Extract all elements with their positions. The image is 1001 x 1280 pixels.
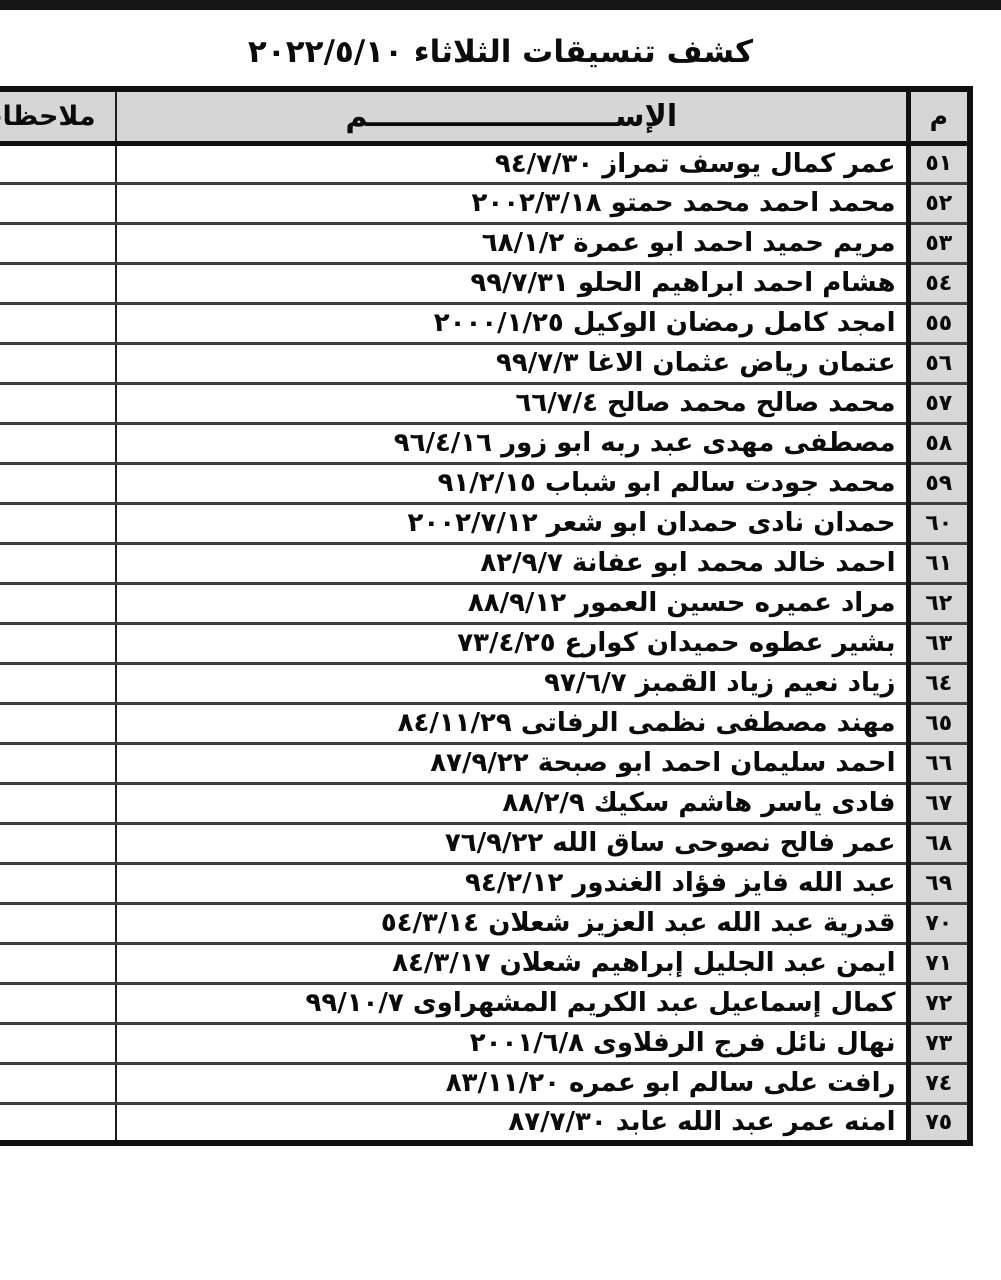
notes-cell [0,1103,116,1143]
table-row: ٦١احمد خالد محمد ابو عفانة ٨٢/٩/٧ [0,543,970,583]
table-row: ٧٢كمال إسماعيل عبد الكريم المشهراوى ٩٩/١… [0,983,970,1023]
table-row: ٥١عمر كمال يوسف تمراز ٩٤/٧/٣٠ [0,143,970,183]
row-number-cell: ٦٦ [908,743,970,783]
name-cell: مصطفى مهدى عبد ربه ابو زور ٩٦/٤/١٦ [116,423,908,463]
table-row: ٦٦احمد سليمان احمد ابو صبحة ٨٧/٩/٢٢ [0,743,970,783]
notes-cell [0,703,116,743]
row-number-cell: ٦٠ [908,503,970,543]
notes-cell [0,223,116,263]
row-number-cell: ٥٣ [908,223,970,263]
name-cell: حمدان نادى حمدان ابو شعر ٢٠٠٢/٧/١٢ [116,503,908,543]
notes-cell [0,783,116,823]
table-row: ٥٨مصطفى مهدى عبد ربه ابو زور ٩٦/٤/١٦ [0,423,970,463]
table-row: ٦٣بشير عطوه حميدان كوارع ٧٣/٤/٢٥ [0,623,970,663]
row-number-cell: ٥٢ [908,183,970,223]
table-row: ٦٩عبد الله فايز فؤاد الغندور ٩٤/٢/١٢ [0,863,970,903]
notes-cell [0,623,116,663]
notes-cell [0,903,116,943]
name-cell: احمد خالد محمد ابو عفانة ٨٢/٩/٧ [116,543,908,583]
name-cell: هشام احمد ابراهيم الحلو ٩٩/٧/٣١ [116,263,908,303]
notes-cell [0,263,116,303]
row-number-cell: ٦٣ [908,623,970,663]
notes-cell [0,183,116,223]
row-number-cell: ٧٣ [908,1023,970,1063]
notes-cell [0,383,116,423]
row-number-cell: ٦٥ [908,703,970,743]
name-cell: ايمن عبد الجليل إبراهيم شعلان ٨٤/٣/١٧ [116,943,908,983]
name-cell: كمال إسماعيل عبد الكريم المشهراوى ٩٩/١٠/… [116,983,908,1023]
notes-cell [0,1063,116,1103]
table-row: ٦٠حمدان نادى حمدان ابو شعر ٢٠٠٢/٧/١٢ [0,503,970,543]
table-row: ٥٦عتمان رياض عثمان الاغا ٩٩/٧/٣ [0,343,970,383]
table-row: ٦٢مراد عميره حسين العمور ٨٨/٩/١٢ [0,583,970,623]
table-row: ٥٤هشام احمد ابراهيم الحلو ٩٩/٧/٣١ [0,263,970,303]
notes-cell [0,583,116,623]
table-row: ٦٤زياد نعيم زياد القمبز ٩٧/٦/٧ [0,663,970,703]
name-cell: احمد سليمان احمد ابو صبحة ٨٧/٩/٢٢ [116,743,908,783]
table-row: ٥٧محمد صالح محمد صالح ٦٦/٧/٤ [0,383,970,423]
row-number-cell: ٥١ [908,143,970,183]
name-cell: امنه عمر عبد الله عابد ٨٧/٧/٣٠ [116,1103,908,1143]
column-header-notes: ملاحظات [0,89,116,143]
name-cell: مريم حميد احمد ابو عمرة ٦٨/١/٢ [116,223,908,263]
table-row: ٧٣نهال نائل فرج الرفلاوى ٢٠٠١/٦/٨ [0,1023,970,1063]
table-row: ٧٥امنه عمر عبد الله عابد ٨٧/٧/٣٠ [0,1103,970,1143]
row-number-cell: ٥٨ [908,423,970,463]
row-number-cell: ٧٤ [908,1063,970,1103]
notes-cell [0,663,116,703]
column-header-number: م [908,89,970,143]
row-number-cell: ٧٢ [908,983,970,1023]
row-number-cell: ٦٧ [908,783,970,823]
name-cell: نهال نائل فرج الرفلاوى ٢٠٠١/٦/٨ [116,1023,908,1063]
row-number-cell: ٥٤ [908,263,970,303]
table-row: ٧٠قدرية عبد الله عبد العزيز شعلان ٥٤/٣/١… [0,903,970,943]
notes-cell [0,943,116,983]
table-row: ٦٨عمر فالح نصوحى ساق الله ٧٦/٩/٢٢ [0,823,970,863]
names-table: م الإســــــــــــــــــــــــم ملاحظات … [0,86,973,1146]
name-cell: عمر فالح نصوحى ساق الله ٧٦/٩/٢٢ [116,823,908,863]
row-number-cell: ٦٢ [908,583,970,623]
notes-cell [0,823,116,863]
document-page: كشف تنسيقات الثلاثاء ٢٠٢٢/٥/١٠ م الإســـ… [0,0,1001,1280]
name-cell: محمد احمد محمد حمتو ٢٠٠٢/٣/١٨ [116,183,908,223]
row-number-cell: ٧٠ [908,903,970,943]
name-cell: امجد كامل رمضان الوكيل ٢٠٠٠/١/٢٥ [116,303,908,343]
name-cell: مراد عميره حسين العمور ٨٨/٩/١٢ [116,583,908,623]
name-cell: عمر كمال يوسف تمراز ٩٤/٧/٣٠ [116,143,908,183]
row-number-cell: ٥٥ [908,303,970,343]
row-number-cell: ٧١ [908,943,970,983]
row-number-cell: ٦١ [908,543,970,583]
name-cell: رافت على سالم ابو عمره ٨٣/١١/٢٠ [116,1063,908,1103]
name-cell: عتمان رياض عثمان الاغا ٩٩/٧/٣ [116,343,908,383]
name-cell: محمد جودت سالم ابو شباب ٩١/٢/١٥ [116,463,908,503]
notes-cell [0,423,116,463]
notes-cell [0,463,116,503]
column-header-name: الإســــــــــــــــــــــــم [116,89,908,143]
notes-cell [0,543,116,583]
row-number-cell: ٥٦ [908,343,970,383]
row-number-cell: ٧٥ [908,1103,970,1143]
page-title: كشف تنسيقات الثلاثاء ٢٠٢٢/٥/١٠ [0,34,1001,70]
notes-cell [0,1023,116,1063]
notes-cell [0,303,116,343]
table-row: ٦٧فادى ياسر هاشم سكيك ٨٨/٢/٩ [0,783,970,823]
row-number-cell: ٦٤ [908,663,970,703]
table-header-row: م الإســــــــــــــــــــــــم ملاحظات [0,89,970,143]
name-cell: بشير عطوه حميدان كوارع ٧٣/٤/٢٥ [116,623,908,663]
row-number-cell: ٥٩ [908,463,970,503]
table-row: ٥٣مريم حميد احمد ابو عمرة ٦٨/١/٢ [0,223,970,263]
notes-cell [0,863,116,903]
notes-cell [0,503,116,543]
name-cell: مهند مصطفى نظمى الرفاتى ٨٤/١١/٢٩ [116,703,908,743]
table-row: ٥٢محمد احمد محمد حمتو ٢٠٠٢/٣/١٨ [0,183,970,223]
name-cell: زياد نعيم زياد القمبز ٩٧/٦/٧ [116,663,908,703]
table-row: ٥٩محمد جودت سالم ابو شباب ٩١/٢/١٥ [0,463,970,503]
row-number-cell: ٦٨ [908,823,970,863]
table-row: ٧٤رافت على سالم ابو عمره ٨٣/١١/٢٠ [0,1063,970,1103]
notes-cell [0,983,116,1023]
row-number-cell: ٥٧ [908,383,970,423]
name-cell: عبد الله فايز فؤاد الغندور ٩٤/٢/١٢ [116,863,908,903]
table-row: ٧١ايمن عبد الجليل إبراهيم شعلان ٨٤/٣/١٧ [0,943,970,983]
name-cell: فادى ياسر هاشم سكيك ٨٨/٢/٩ [116,783,908,823]
name-cell: قدرية عبد الله عبد العزيز شعلان ٥٤/٣/١٤ [116,903,908,943]
notes-cell [0,343,116,383]
name-cell: محمد صالح محمد صالح ٦٦/٧/٤ [116,383,908,423]
table-row: ٦٥مهند مصطفى نظمى الرفاتى ٨٤/١١/٢٩ [0,703,970,743]
table-row: ٥٥امجد كامل رمضان الوكيل ٢٠٠٠/١/٢٥ [0,303,970,343]
scan-edge-strip [0,0,1001,10]
notes-cell [0,743,116,783]
notes-cell [0,143,116,183]
row-number-cell: ٦٩ [908,863,970,903]
